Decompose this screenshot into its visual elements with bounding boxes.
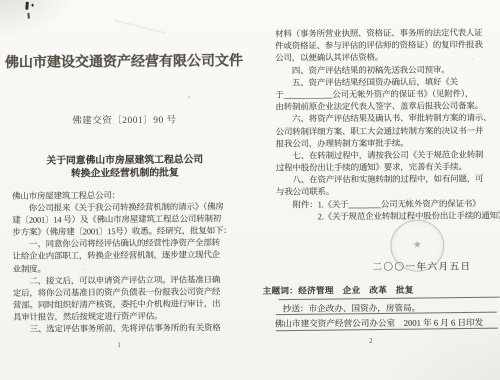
subject-label: 主题词： <box>263 285 299 295</box>
body-line: 六、将资产评估结果及确认书、审批转制方案的请示、 <box>276 112 492 126</box>
subject-terms: 经济管理 企业 改革 批复 <box>298 285 414 296</box>
document-number: 佛建交资〔2001〕90 号 <box>0 111 249 127</box>
body-line: 2.《关于规范企业转制过程中股份出让手续的通知》 <box>276 209 492 223</box>
page-number-left: 1 <box>117 340 121 349</box>
body-text-right: 材料（事务所营业执照、资格证、事务所的法定代表人证 件或资格证、参与评估的评估师… <box>275 26 492 222</box>
signature-date: 二〇〇一年六月五日 <box>372 258 471 273</box>
body-line: 公司转制详细方案、职工大会通过转制方案的决议书一并 <box>276 124 492 138</box>
body-line: 让给企业内部职工，转换企业经营机制，逐步建立现代企 <box>12 249 228 263</box>
body-line: 营部。同时组织好清产核资，委托中介机构进行审计，出 <box>13 297 229 311</box>
body-text-left: 佛山市房屋建筑工程总公司： 你公司报来《关于我公司转换经营机制的请示》（佛房 建… <box>12 188 229 335</box>
handwritten-mark <box>27 13 30 19</box>
body-line: 八、在资产评估和实施转制的过程中，如有问题，可 <box>276 173 492 187</box>
scanned-document: 佛山市建设交通资产经营有限公司文件 佛建交资〔2001〕90 号 关于同意佛山市… <box>0 0 500 380</box>
body-line: 三、选定评估事务所前，先将评估事务所的有关资格 <box>13 321 229 335</box>
document-title-line2: 转换企业经营机制的批复 <box>0 164 250 180</box>
handwritten-mark <box>32 4 34 7</box>
subject-keywords-line: 主题词：经济管理 企业 改革 批复 <box>263 284 414 297</box>
handwritten-mark <box>25 2 28 10</box>
cc-label: 抄送： <box>283 303 309 313</box>
body-line: 件或资格证、参与评估的评估师的资格证）的复印件报我 <box>275 38 491 52</box>
footer-rule <box>279 297 500 301</box>
page-number-right: 2 <box>369 336 373 345</box>
page-left: 佛山市建设交通资产经营有限公司文件 佛建交资〔2001〕90 号 关于同意佛山市… <box>0 0 251 380</box>
document-footer: 主题词：经济管理 企业 改革 批复 抄送：市企改办、国资办，房管局。 佛山市建交… <box>259 0 499 1</box>
page-right: 材料（事务所营业执照、资格证、事务所的法定代表人证 件或资格证、参与评估的评估师… <box>249 0 500 380</box>
seal-star-icon: ★ <box>413 239 422 250</box>
issuing-org-masthead: 佛山市建设交通资产经营有限公司文件 <box>1 50 247 72</box>
body-line: 附件：1.《关于________公司无帐外资产的保证书》 <box>276 197 492 211</box>
